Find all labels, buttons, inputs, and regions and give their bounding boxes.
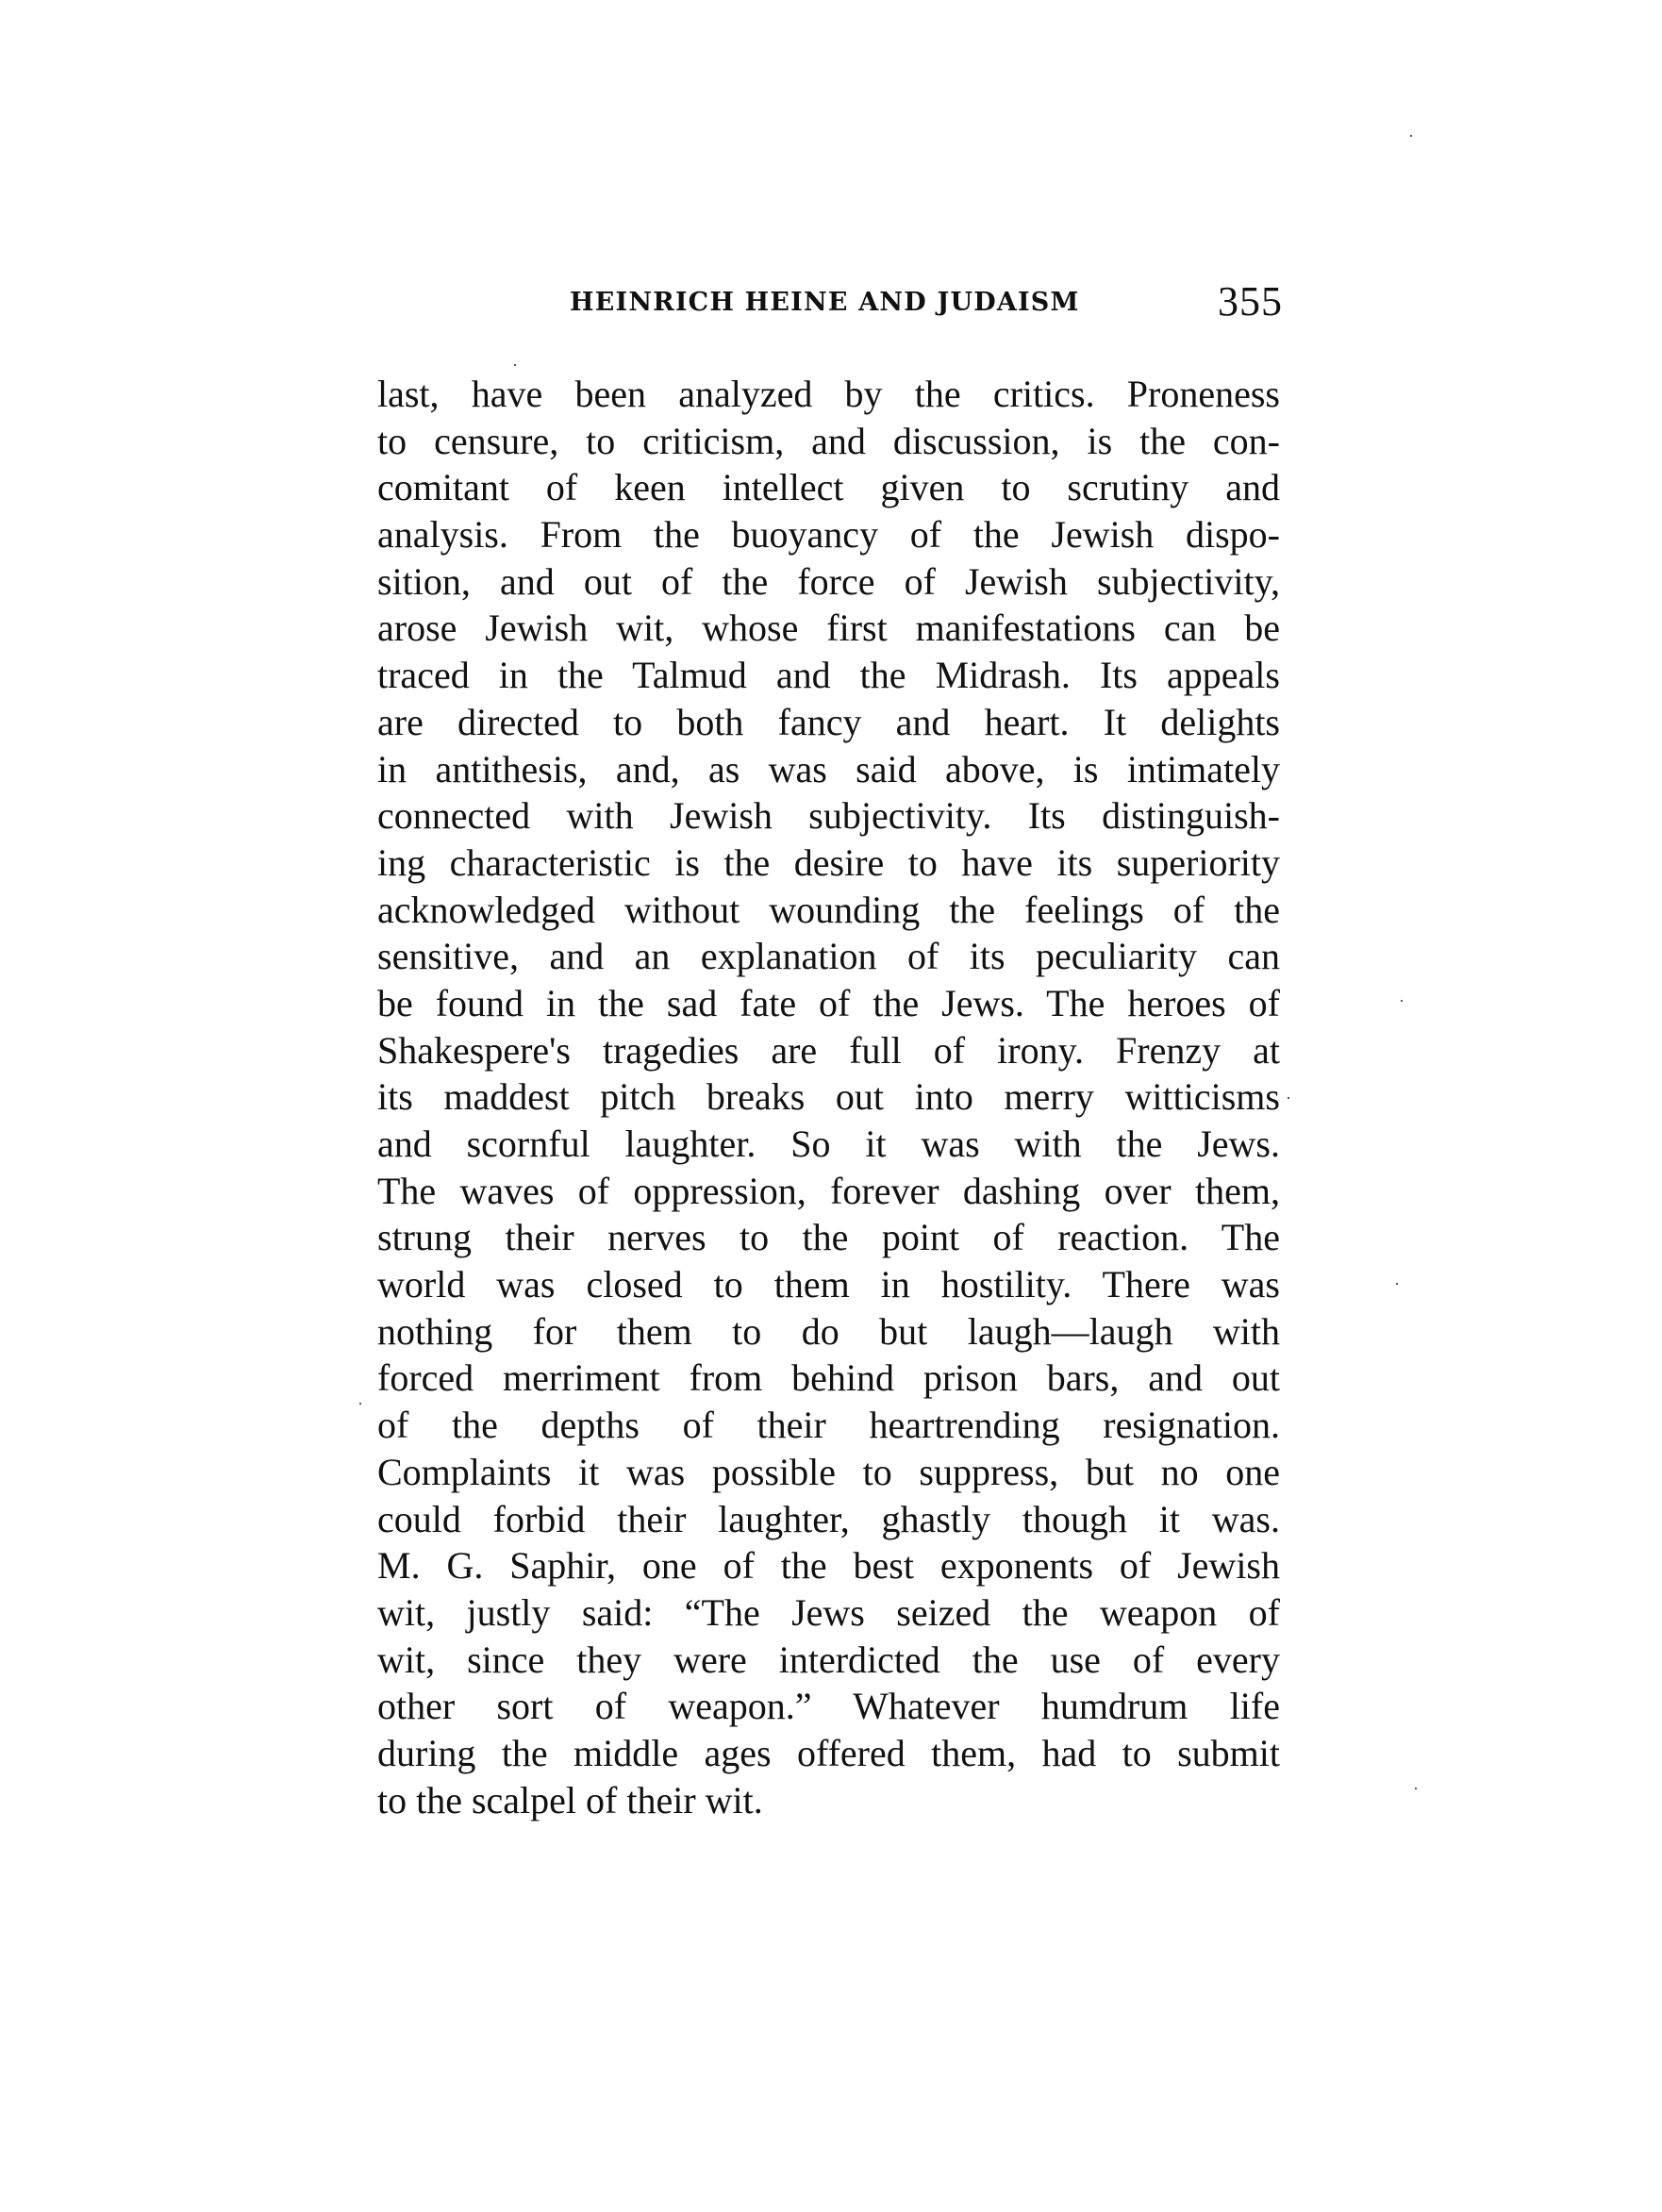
text-line: comitant of keen intellect given to scru… [377, 464, 1280, 511]
scan-speck [1410, 135, 1412, 137]
text-line: and scornful laughter. So it was with th… [377, 1121, 1280, 1168]
text-line: to censure, to criticism, and discussion… [377, 418, 1280, 465]
text-line: to the scalpel of their wit. [377, 1777, 1280, 1824]
text-line: acknowledged without wounding the feelin… [377, 887, 1280, 934]
text-line: in antithesis, and, as was said above, i… [377, 746, 1280, 793]
text-line: analysis. From the buoyancy of the Jewis… [377, 511, 1280, 558]
text-line: arose Jewish wit, whose first manifestat… [377, 605, 1280, 652]
text-line: world was closed to them in hostility. T… [377, 1261, 1280, 1308]
text-line: wit, since they were interdicted the use… [377, 1637, 1280, 1684]
text-line: could forbid their laughter, ghastly tho… [377, 1496, 1280, 1543]
body-paragraph: last, have been analyzed by the critics.… [377, 371, 1280, 1823]
scan-speck [514, 364, 516, 366]
running-head: HEINRICH HEINE AND JUDAISM 355 [377, 279, 1283, 326]
text-line: be found in the sad fate of the Jews. Th… [377, 980, 1280, 1027]
text-line: strung their nerves to the point of reac… [377, 1214, 1280, 1261]
text-line: The waves of oppression, forever dashing… [377, 1168, 1280, 1215]
text-line: connected with Jewish subjectivity. Its … [377, 792, 1280, 840]
text-line: wit, justly said: “The Jews seized the w… [377, 1589, 1280, 1637]
scan-speck [359, 1403, 361, 1405]
text-line: Complaints it was possible to suppress, … [377, 1449, 1280, 1496]
scan-speck [1396, 1283, 1398, 1285]
scan-speck [1415, 1788, 1417, 1789]
text-line: Shakespere's tragedies are full of irony… [377, 1027, 1280, 1074]
text-line: other sort of weapon.” Whatever humdrum … [377, 1683, 1280, 1730]
text-line: during the middle ages offered them, had… [377, 1730, 1280, 1777]
text-line: M. G. Saphir, one of the best exponents … [377, 1542, 1280, 1589]
text-line: of the depths of their heartrending resi… [377, 1402, 1280, 1449]
text-line: are directed to both fancy and heart. It… [377, 699, 1280, 746]
text-line: its maddest pitch breaks out into merry … [377, 1073, 1280, 1121]
text-line: sensitive, and an explanation of its pec… [377, 933, 1280, 980]
page-number: 355 [1218, 281, 1283, 323]
text-line: sition, and out of the force of Jewish s… [377, 558, 1280, 606]
text-line: traced in the Talmud and the Midrash. It… [377, 652, 1280, 699]
scan-speck [1401, 1000, 1403, 1002]
text-line: last, have been analyzed by the critics.… [377, 371, 1280, 418]
text-line: nothing for them to do but laugh—laugh w… [377, 1308, 1280, 1355]
text-line: ing characteristic is the desire to have… [377, 840, 1280, 887]
text-line: forced merriment from behind prison bars… [377, 1355, 1280, 1402]
scan-speck [1288, 1097, 1289, 1099]
book-page: HEINRICH HEINE AND JUDAISM 355 last, hav… [0, 0, 1662, 2212]
running-title: HEINRICH HEINE AND JUDAISM [570, 287, 1080, 319]
